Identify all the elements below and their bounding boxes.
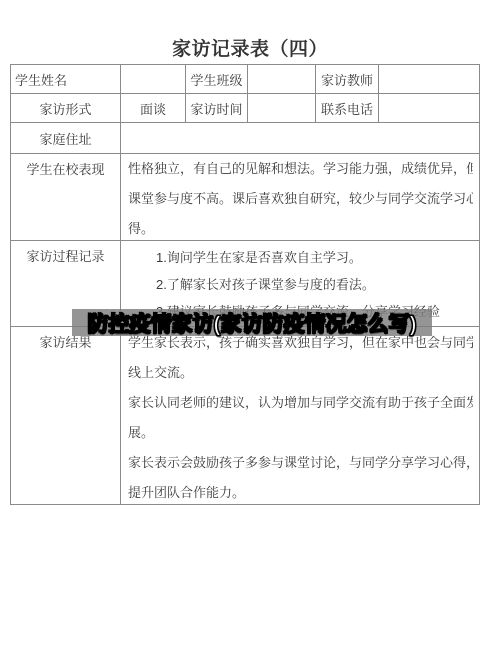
- visit-process-item: 1.询问学生在家是否喜欢自主学习。: [156, 244, 473, 271]
- visit-result-line: 线上交流。: [128, 358, 473, 388]
- field-label-home-address: 家庭住址: [11, 123, 121, 154]
- school-performance-line: 得。: [128, 214, 473, 241]
- field-label-student-name: 学生姓名: [11, 65, 121, 94]
- page-title: 家访记录表（四）: [0, 39, 500, 61]
- field-label-student-class: 学生班级: [186, 65, 248, 94]
- watermark-banner-text: 防控疫情家访(家访防疫情况怎么写): [88, 308, 417, 338]
- field-value-contact-phone: [379, 94, 479, 123]
- field-value-student-name: [121, 65, 186, 94]
- field-label-visit-time: 家访时间: [186, 94, 248, 123]
- field-value-visit-form: 面谈: [121, 94, 186, 123]
- visit-result-line: 家长认同老师的建议，认为增加与同学交流有助于孩子全面发: [128, 388, 473, 418]
- field-value-visit-time: [248, 94, 316, 123]
- visit-result-line: 展。: [128, 418, 473, 448]
- field-label-visit-form: 家访形式: [11, 94, 121, 123]
- field-value-student-class: [248, 65, 316, 94]
- field-label-contact-phone: 联系电话: [316, 94, 379, 123]
- visit-result-line: 家长表示会鼓励孩子多参与课堂讨论，与同学分享学习心得，: [128, 448, 473, 478]
- watermark-banner: 防控疫情家访(家访防疫情况怎么写): [72, 309, 432, 336]
- visit-result-line: 提升团队合作能力。: [128, 478, 473, 504]
- field-label-school-performance: 学生在校表现: [11, 154, 121, 241]
- field-value-home-address: [121, 123, 479, 154]
- school-performance-line: 课堂参与度不高。课后喜欢独自研究，较少与同学交流学习心: [128, 184, 473, 214]
- document-page: 家访记录表（四） 学生姓名 学生班级 家访教师 家访形式 面谈 家访时间 联系电…: [0, 0, 500, 652]
- field-value-visit-teacher: [379, 65, 479, 94]
- school-performance-line: 性格独立，有自己的见解和想法。学习能力强，成绩优异，但: [128, 154, 473, 184]
- visit-process-item: 2.了解家长对孩子课堂参与度的看法。: [156, 271, 473, 298]
- field-label-visit-teacher: 家访教师: [316, 65, 379, 94]
- field-value-visit-result: 学生家长表示，孩子确实喜欢独自学习，但在家中也会与同学 线上交流。 家长认同老师…: [121, 327, 479, 504]
- field-value-school-performance: 性格独立，有自己的见解和想法。学习能力强，成绩优异，但 课堂参与度不高。课后喜欢…: [121, 154, 479, 241]
- field-label-visit-result: 家访结果: [11, 327, 121, 504]
- home-visit-record-table: 学生姓名 学生班级 家访教师 家访形式 面谈 家访时间 联系电话 家庭住址 学生…: [10, 64, 480, 505]
